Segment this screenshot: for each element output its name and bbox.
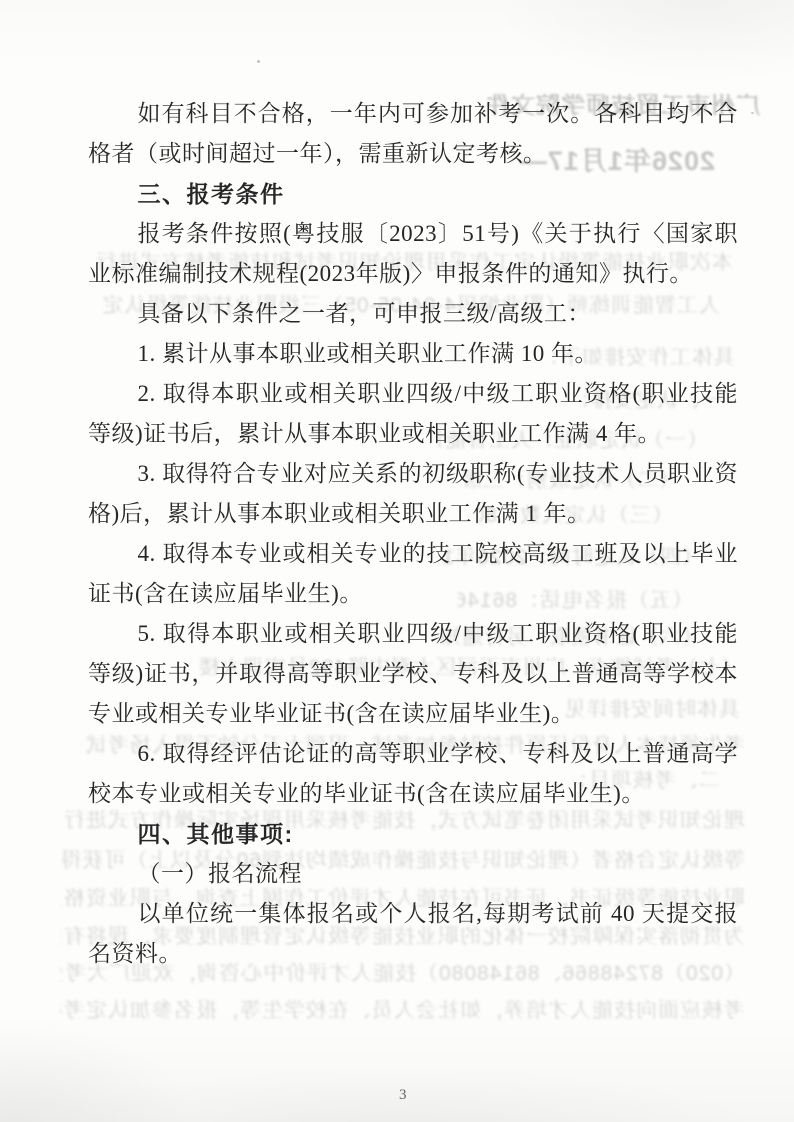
condition-item-4: 4. 取得本专业或相关专业的技工院校高级工班及以上毕业证书(含在读应届毕业生)。 <box>88 534 738 614</box>
subsection-heading-signup: （一）报名流程 <box>88 854 738 894</box>
paragraph-signup-process: 以单位统一集体报名或个人报名,每期考试前 40 天提交报名资料。 <box>88 894 738 974</box>
scanned-document-page: 广州市工贸技师学院文件 2026年1月17— 本次职业技能等级认定工作采用理论知… <box>0 0 794 1122</box>
scan-speck <box>257 60 260 63</box>
section-heading-4: 四、其他事项: <box>88 814 738 854</box>
page-number: 3 <box>399 1088 407 1099</box>
condition-item-6: 6. 取得经评估论证的高等职业学校、专科及以上普通高学校本专业或相关专业的毕业证… <box>88 734 738 814</box>
paragraph-retake-rule: 如有科目不合格，一年内可参加补考一次。各科目均不合格者（或时间超过一年），需重新… <box>88 94 738 174</box>
section-heading-3: 三、报考条件 <box>88 174 738 214</box>
condition-item-5: 5. 取得本职业或相关职业四级/中级工职业资格(职业技能等级)证书，并取得高等职… <box>88 614 738 734</box>
scan-speck <box>751 112 754 114</box>
document-body: 如有科目不合格，一年内可参加补考一次。各科目均不合格者（或时间超过一年），需重新… <box>88 94 738 974</box>
paragraph-basis: 报考条件按照(粤技服〔2023〕51号)《关于执行〈国家职业标准编制技术规程(2… <box>88 214 738 294</box>
condition-item-3: 3. 取得符合专业对应关系的初级职称(专业技术人员职业资格)后，累计从事本职业或… <box>88 454 738 534</box>
ghost-text-line: 考核应面向技能人才培养，如社会人员、在校学生等，报名参加认定考核 <box>60 1000 745 1021</box>
condition-item-1: 1. 累计从事本职业或相关职业工作满 10 年。 <box>88 334 738 374</box>
condition-item-2: 2. 取得本职业或相关职业四级/中级工职业资格(职业技能等级)证书后，累计从事本… <box>88 374 738 454</box>
paragraph-conditions-intro: 具备以下条件之一者，可申报三级/高级工： <box>88 294 738 334</box>
